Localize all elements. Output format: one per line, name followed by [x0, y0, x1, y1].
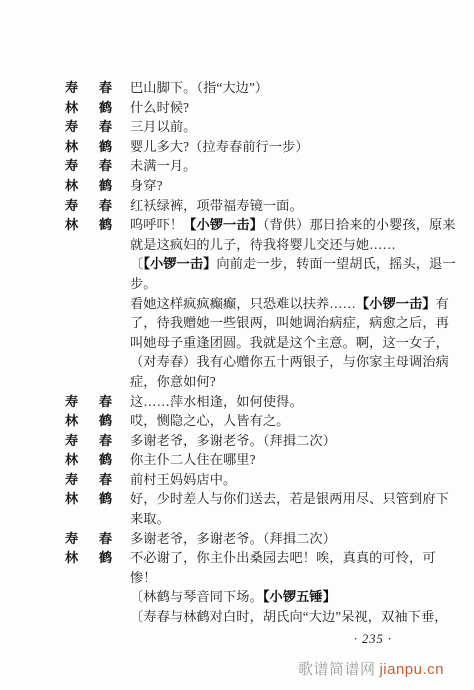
script-line: 症，你意如何? [65, 372, 462, 392]
watermark-site-name: 歌谱简谱网 [298, 661, 376, 678]
dialogue-text: 不必谢了，你主仆出桑园去吧！唉，真真的可怜，可 [130, 548, 436, 568]
dialogue-text: 身穿? [130, 176, 163, 196]
text-segment: 前村王妈妈店中。 [130, 472, 236, 487]
text-segment: 〔林鹤与琴音同下场。 [130, 589, 263, 604]
script-line: 来取。 [65, 509, 462, 529]
script-line: 〔林鹤与琴音同下场。【小锣五锤】 [65, 587, 462, 607]
text-segment: 哎，恻隐之心，人皆有之。 [130, 413, 289, 428]
text-segment: 好，少时差人与你们送去，若是银两用尽、只管到府下 [130, 491, 449, 506]
dialogue-text: 什么时候? [130, 98, 189, 118]
speaker-char: 春 [99, 392, 112, 412]
speaker-char: 鹤 [99, 411, 112, 431]
speaker-name: 林鹤 [65, 215, 112, 235]
dialogue-text: 惨！ [130, 568, 157, 588]
script-line: 就是这疯妇的儿子，待我将婴儿交还与她…… [65, 235, 462, 255]
speaker-char: 春 [99, 156, 112, 176]
speaker-char: 春 [99, 470, 112, 490]
speaker-char: 寿 [65, 529, 78, 549]
dialogue-text: 来取。 [130, 509, 170, 529]
script-line: 寿春三月以前。 [65, 117, 462, 137]
text-segment: 向前走一步，转面一望胡氏，摇头，退一 [216, 256, 455, 271]
speaker-char: 寿 [65, 117, 78, 137]
script-line: 〔【小锣一击】向前走一步，转面一望胡氏，摇头，退一 [65, 254, 462, 274]
percussion-marker: 【小锣一击】 [143, 256, 216, 271]
scanned-script-page: 寿春巴山脚下。（指“大边”）林鹤什么时候?寿春三月以前。林鹤婴儿多大?（拉寿春前… [0, 0, 474, 690]
script-line: 寿春这……萍水相逢，如何使得。 [65, 392, 462, 412]
text-segment: 多谢老爷，多谢老爷。（拜揖二次） [130, 531, 336, 546]
speaker-char: 鹤 [99, 176, 112, 196]
speaker-char: 春 [99, 431, 112, 451]
script-line: 惨！ [65, 568, 462, 588]
script-line: 林鹤婴儿多大?（拉寿春前行一步） [65, 137, 462, 157]
text-segment: （对寿春）我有心赠你五十两银子，与你家主母调治病 [130, 354, 449, 369]
speaker-name: 寿春 [65, 470, 112, 490]
text-segment: 有 [436, 296, 449, 311]
speaker-name: 寿春 [65, 529, 112, 549]
speaker-char: 寿 [65, 196, 78, 216]
speaker-char: 春 [99, 196, 112, 216]
dialogue-text: 哎，恻隐之心，人皆有之。 [130, 411, 289, 431]
speaker-char: 林 [65, 411, 78, 431]
dialogue-text: 〔寿春与林鹤对白时，胡氏向“大边”呆视，双袖下垂， [130, 607, 448, 627]
speaker-name: 林鹤 [65, 450, 112, 470]
speaker-char: 春 [99, 529, 112, 549]
text-segment: 〔寿春与林鹤对白时，胡氏向“大边”呆视，双袖下垂， [130, 609, 448, 624]
speaker-char: 林 [65, 98, 78, 118]
dialogue-text: 你主仆二人住在哪里? [130, 450, 256, 470]
speaker-name: 寿春 [65, 78, 112, 98]
dialogue-text: 前村王妈妈店中。 [130, 470, 236, 490]
script-line: 看她这样疯疯癫癫，只恐难以扶养……【小锣一击】有 [65, 294, 462, 314]
text-segment: 这……萍水相逢，如何使得。 [130, 394, 303, 409]
script-line: 寿春前村王妈妈店中。 [65, 470, 462, 490]
dialogue-text: 〔林鹤与琴音同下场。【小锣五锤】 [130, 587, 336, 607]
text-segment: （背供）那日拾来的小婴孩，原来 [263, 217, 456, 232]
script-line: 林鹤好，少时差人与你们送去，若是银两用尽、只管到府下 [65, 489, 462, 509]
speaker-name: 林鹤 [65, 176, 112, 196]
text-segment: 红袄绿裤，项带福寿镜一面。 [130, 198, 303, 213]
script-line: 寿春多谢老爷，多谢老爷。（拜揖二次） [65, 431, 462, 451]
dialogue-text: 好，少时差人与你们送去，若是银两用尽、只管到府下 [130, 489, 449, 509]
dialogue-text: 就是这疯妇的儿子，待我将婴儿交还与她…… [130, 235, 396, 255]
speaker-name: 寿春 [65, 392, 112, 412]
page-number: · 235 · [354, 632, 392, 647]
text-segment: 呜呼吓！ [130, 217, 183, 232]
watermark-site-url: jianpu.cn [379, 661, 444, 678]
speaker-name: 林鹤 [65, 98, 112, 118]
text-segment: 婴儿多大?（拉寿春前行一步） [130, 139, 309, 154]
speaker-char: 鹤 [99, 489, 112, 509]
script-line: 林鹤什么时候? [65, 98, 462, 118]
speaker-char: 鹤 [99, 450, 112, 470]
text-segment: 什么时候? [130, 100, 189, 115]
speaker-char: 鹤 [99, 215, 112, 235]
text-segment: 三月以前。 [130, 119, 196, 134]
script-line: 〔寿春与林鹤对白时，胡氏向“大边”呆视，双袖下垂， [65, 607, 462, 627]
speaker-name: 寿春 [65, 196, 112, 216]
script-line: 寿春未满一月。 [65, 156, 462, 176]
script-line: 林鹤身穿? [65, 176, 462, 196]
speaker-name: 寿春 [65, 156, 112, 176]
dialogue-text: 症，你意如何? [130, 372, 216, 392]
script-line: 林鹤不必谢了，你主仆出桑园去吧！唉，真真的可怜，可 [65, 548, 462, 568]
speaker-char: 林 [65, 137, 78, 157]
text-segment: 身穿? [130, 178, 163, 193]
dialogue-text: 婴儿多大?（拉寿春前行一步） [130, 137, 309, 157]
text-segment: 步。 [130, 276, 157, 291]
dialogue-text: 步。 [130, 274, 157, 294]
script-line: 步。 [65, 274, 462, 294]
dialogue-text: 看她这样疯疯癫癫，只恐难以扶养……【小锣一击】有 [130, 294, 449, 314]
speaker-char: 寿 [65, 156, 78, 176]
speaker-char: 寿 [65, 470, 78, 490]
dialogue-text: 多谢老爷，多谢老爷。（拜揖二次） [130, 529, 336, 549]
text-segment: 巴山脚下。（指“大边”） [130, 80, 268, 95]
text-segment: 看她这样疯疯癫癫，只恐难以扶养…… [130, 296, 356, 311]
percussion-marker: 【小锣五锤】 [263, 589, 336, 604]
dialogue-text: （对寿春）我有心赠你五十两银子，与你家主母调治病 [130, 352, 449, 372]
text-segment: 未满一月。 [130, 158, 196, 173]
dialogue-text: 〔【小锣一击】向前走一步，转面一望胡氏，摇头，退一 [130, 254, 456, 274]
script-line: 了，待我赠她一些银两，叫她调治病症，病愈之后，再 [65, 313, 462, 333]
script-line: 寿春巴山脚下。（指“大边”） [65, 78, 462, 98]
dialogue-text: 这……萍水相逢，如何使得。 [130, 392, 303, 412]
text-segment: 症，你意如何? [130, 374, 216, 389]
script-line: 寿春多谢老爷，多谢老爷。（拜揖二次） [65, 529, 462, 549]
script-line: 叫她母子重逢团圆。我就是这个主意。啊，这一女子， [65, 333, 462, 353]
dialogue-text: 三月以前。 [130, 117, 196, 137]
speaker-name: 林鹤 [65, 411, 112, 431]
script-line: （对寿春）我有心赠你五十两银子，与你家主母调治病 [65, 352, 462, 372]
text-segment: 了，待我赠她一些银两，叫她调治病症，病愈之后，再 [130, 315, 449, 330]
percussion-marker: 【小锣一击】 [356, 296, 436, 311]
script-line: 林鹤哎，恻隐之心，人皆有之。 [65, 411, 462, 431]
script-line: 林鹤呜呼吓！【小锣一击】（背供）那日拾来的小婴孩，原来 [65, 215, 462, 235]
text-segment: 就是这疯妇的儿子，待我将婴儿交还与她…… [130, 237, 396, 252]
script-text-block: 寿春巴山脚下。（指“大边”）林鹤什么时候?寿春三月以前。林鹤婴儿多大?（拉寿春前… [65, 78, 462, 627]
dialogue-text: 叫她母子重逢团圆。我就是这个主意。啊，这一女子， [130, 333, 449, 353]
speaker-char: 林 [65, 548, 78, 568]
text-segment: 来取。 [130, 511, 170, 526]
speaker-name: 寿春 [65, 431, 112, 451]
speaker-char: 鹤 [99, 98, 112, 118]
dialogue-text: 了，待我赠她一些银两，叫她调治病症，病愈之后，再 [130, 313, 449, 333]
dialogue-text: 呜呼吓！【小锣一击】（背供）那日拾来的小婴孩，原来 [130, 215, 456, 235]
watermark: 歌谱简谱网jianpu.cn [298, 658, 444, 679]
speaker-char: 春 [99, 78, 112, 98]
speaker-char: 鹤 [99, 548, 112, 568]
speaker-name: 寿春 [65, 117, 112, 137]
speaker-char: 寿 [65, 431, 78, 451]
script-line: 林鹤你主仆二人住在哪里? [65, 450, 462, 470]
speaker-char: 林 [65, 176, 78, 196]
dialogue-text: 红袄绿裤，项带福寿镜一面。 [130, 196, 303, 216]
text-segment: 惨！ [130, 570, 157, 585]
dialogue-text: 未满一月。 [130, 156, 196, 176]
text-segment: 不必谢了，你主仆出桑园去吧！唉，真真的可怜，可 [130, 550, 436, 565]
speaker-char: 林 [65, 215, 78, 235]
speaker-char: 林 [65, 489, 78, 509]
speaker-char: 鹤 [99, 137, 112, 157]
speaker-char: 寿 [65, 78, 78, 98]
dialogue-text: 巴山脚下。（指“大边”） [130, 78, 268, 98]
text-segment: 叫她母子重逢团圆。我就是这个主意。啊，这一女子， [130, 335, 449, 350]
speaker-name: 林鹤 [65, 489, 112, 509]
script-line: 寿春红袄绿裤，项带福寿镜一面。 [65, 196, 462, 216]
percussion-marker: 【小锣一击】 [183, 217, 263, 232]
speaker-name: 林鹤 [65, 548, 112, 568]
speaker-char: 林 [65, 450, 78, 470]
text-segment: 你主仆二人住在哪里? [130, 452, 256, 467]
speaker-char: 春 [99, 117, 112, 137]
speaker-char: 寿 [65, 392, 78, 412]
text-segment: 多谢老爷，多谢老爷。（拜揖二次） [130, 433, 336, 448]
text-segment: 〔 [130, 256, 143, 271]
dialogue-text: 多谢老爷，多谢老爷。（拜揖二次） [130, 431, 336, 451]
speaker-name: 林鹤 [65, 137, 112, 157]
